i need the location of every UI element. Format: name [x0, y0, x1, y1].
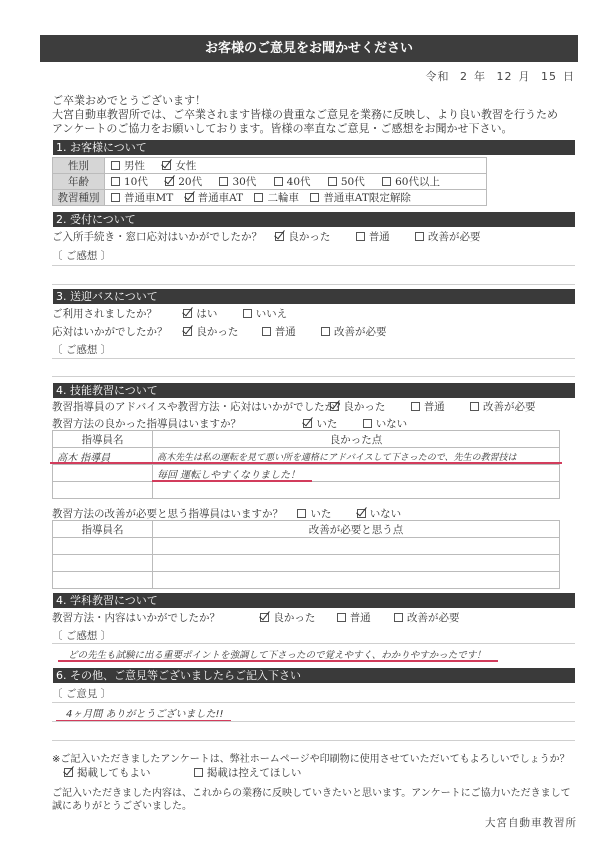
- intro-line: 大宮自動車教習所では、ご卒業されます皆様の貴重なご意見を業務に反映し、より良い教…: [52, 108, 582, 122]
- checkbox-checked-icon[interactable]: [357, 509, 366, 518]
- checkbox-yes[interactable]: いた: [297, 506, 331, 521]
- course-type-label: 教習種別: [53, 190, 105, 206]
- instructor-name-cell[interactable]: [53, 555, 153, 572]
- comment-line: [52, 643, 575, 644]
- checkbox-no[interactable]: いない: [363, 416, 408, 431]
- date-year-unit: 年: [474, 70, 486, 83]
- checkbox-allow-publish[interactable]: 掲載してもよい: [64, 767, 151, 780]
- checkbox-icon[interactable]: [111, 177, 120, 186]
- checkbox-icon[interactable]: [382, 177, 391, 186]
- red-underline: [58, 660, 498, 662]
- checkbox-needs-improvement[interactable]: 改善が必要: [415, 229, 481, 244]
- instructor-name-cell[interactable]: [53, 482, 153, 499]
- checkbox-motorcycle[interactable]: 二輪車: [254, 190, 299, 205]
- checkbox-checked-icon[interactable]: [64, 768, 73, 777]
- page-title: お客様のご意見をお聞かせください: [40, 35, 578, 62]
- date-day[interactable]: 15: [535, 70, 563, 83]
- checkbox-checked-icon[interactable]: [183, 309, 192, 318]
- good-instructor-row: 教習方法の良かった指導員はいますか？ いた いない: [52, 416, 421, 431]
- checkbox-good[interactable]: 良かった: [330, 399, 385, 414]
- checkbox-good[interactable]: 良かった: [183, 324, 238, 339]
- checkbox-female[interactable]: 女性: [162, 158, 196, 173]
- checkbox-at[interactable]: 普通車AT: [185, 190, 244, 205]
- checkbox-40s[interactable]: 40代: [274, 174, 311, 189]
- age-options: 10代 20代 30代 40代 50代 60代以上: [105, 174, 487, 190]
- checkbox-yes[interactable]: いた: [303, 416, 337, 431]
- bus-service-row: 応対はいかがでしたか？ 良かった 普通 改善が必要: [52, 324, 401, 339]
- checkbox-no[interactable]: いいえ: [243, 306, 288, 321]
- table-row: [53, 482, 560, 499]
- table-row: [53, 538, 560, 555]
- comment-line[interactable]: [52, 376, 575, 377]
- reception-question: ご入所手続き・窓口応対はいかがでしたか？: [52, 229, 272, 244]
- checkbox-needs-improvement[interactable]: 改善が必要: [321, 324, 387, 339]
- checkbox-icon[interactable]: [337, 613, 346, 622]
- checkbox-20s[interactable]: 20代: [165, 174, 202, 189]
- gender-options: 男性 女性: [105, 158, 487, 174]
- checkbox-good[interactable]: 良かった: [275, 229, 330, 244]
- bus-usage-question: ご利用されましたか？: [52, 306, 180, 321]
- checkbox-yes[interactable]: はい: [183, 306, 217, 321]
- checkbox-at-limit-removal[interactable]: 普通車AT限定解除: [310, 190, 411, 205]
- section-header-academic-lessons: 4. 学科教習について: [53, 593, 575, 608]
- instructor-advice-question: 教習指導員のアドバイスや教習方法・応対はいかがでしたか？: [52, 399, 327, 414]
- closing-line: 誠にありがとうございました。: [52, 800, 571, 813]
- good-instructor-table: 指導員名 良かった点 高木 指導員 高木先生は私の運転を見て悪い所を適格にアドバ…: [52, 430, 560, 499]
- checkbox-checked-icon[interactable]: [275, 232, 284, 241]
- checkbox-icon[interactable]: [111, 161, 120, 170]
- checkbox-icon[interactable]: [310, 193, 319, 202]
- checkbox-normal[interactable]: 普通: [262, 324, 296, 339]
- table-header-row: 指導員名 改善が必要と思う点: [53, 521, 560, 538]
- customer-profile-table: 性別 男性 女性 年齢 10代 20代 30代 40代 50代 60代以上 教習…: [52, 157, 487, 206]
- checkbox-icon[interactable]: [254, 193, 263, 202]
- closing-line: ご記入いただきました内容は、これからの業務に反映していきたいと思います。アンケー…: [52, 787, 571, 800]
- good-instructor-question: 教習方法の良かった指導員はいますか？: [52, 416, 300, 431]
- course-type-options: 普通車MT 普通車AT 二輪車 普通車AT限定解除: [105, 190, 487, 206]
- checkbox-needs-improvement[interactable]: 改善が必要: [470, 399, 536, 414]
- checkbox-icon[interactable]: [262, 327, 271, 336]
- age-label: 年齢: [53, 174, 105, 190]
- improve-instructor-question: 教習方法の改善が必要と思う指導員はいますか？: [52, 506, 294, 521]
- checkbox-normal[interactable]: 普通: [411, 399, 445, 414]
- checkbox-checked-icon[interactable]: [185, 193, 194, 202]
- checkbox-icon[interactable]: [194, 768, 203, 777]
- academic-question-row: 教習方法・内容はいかがでしたか？ 良かった 普通 改善が必要: [52, 610, 474, 625]
- instructor-name-cell[interactable]: [53, 538, 153, 555]
- academic-comment[interactable]: どの先生も試験に出る重要ポイントを強調して下さったので覚えやすく、わかりやすかっ…: [68, 647, 486, 661]
- checkbox-icon[interactable]: [274, 177, 283, 186]
- improvement-points-cell[interactable]: [153, 572, 560, 589]
- other-comment-label: 〔 ご意見 〕: [52, 686, 111, 701]
- intro-text: ご卒業おめでとうございます！ 大宮自動車教習所では、ご卒業されます皆様の貴重なご…: [52, 94, 582, 136]
- checkbox-checked-icon[interactable]: [165, 177, 174, 186]
- other-comment[interactable]: 4ヶ月間 ありがとうございました!!: [66, 705, 224, 720]
- reception-question-row: ご入所手続き・窓口応対はいかがでしたか？ 良かった 普通 改善が必要: [52, 229, 495, 244]
- date: 令和 2年 12月 15日: [426, 68, 576, 84]
- academic-question: 教習方法・内容はいかがでしたか？: [52, 610, 257, 625]
- organization-name: 大宮自動車教習所: [485, 815, 577, 830]
- table-row: 毎回 運転しやすくなりました！: [53, 465, 560, 482]
- bus-comment-label: 〔 ご感想 〕: [52, 342, 111, 357]
- table-row: 教習種別 普通車MT 普通車AT 二輪車 普通車AT限定解除: [53, 190, 487, 206]
- column-header-good-points: 良かった点: [153, 431, 560, 448]
- checkbox-30s[interactable]: 30代: [219, 174, 256, 189]
- checkbox-checked-icon[interactable]: [330, 402, 339, 411]
- instructor-advice-row: 教習指導員のアドバイスや教習方法・応対はいかがでしたか？ 良かった 普通 改善が…: [52, 399, 550, 414]
- improve-instructor-row: 教習方法の改善が必要と思う指導員はいますか？ いた いない: [52, 506, 415, 521]
- table-header-row: 指導員名 良かった点: [53, 431, 560, 448]
- academic-comment-label: 〔 ご感想 〕: [52, 628, 111, 643]
- column-header-improvement-points: 改善が必要と思う点: [153, 521, 560, 538]
- section-header-driving-lessons: 4. 技能教習について: [53, 383, 575, 398]
- checkbox-icon[interactable]: [219, 177, 228, 186]
- date-day-unit: 日: [563, 70, 575, 83]
- checkbox-icon[interactable]: [321, 327, 330, 336]
- reception-comment-label: 〔 ご感想 〕: [52, 248, 111, 263]
- comment-line: [52, 702, 575, 703]
- checkbox-icon[interactable]: [328, 177, 337, 186]
- table-row: [53, 555, 560, 572]
- comment-line[interactable]: [52, 740, 575, 741]
- checkbox-good[interactable]: 良かった: [260, 610, 315, 625]
- comment-line[interactable]: [52, 265, 575, 266]
- checkbox-male[interactable]: 男性: [111, 158, 145, 173]
- gender-label: 性別: [53, 158, 105, 174]
- improve-instructor-table: 指導員名 改善が必要と思う点: [52, 520, 560, 589]
- checkbox-checked-icon[interactable]: [183, 327, 192, 336]
- instructor-name-cell[interactable]: [53, 465, 153, 482]
- intro-line: アンケートのご協力をお願いしております。皆様の率直なご意見・ご感想をお聞かせ下さ…: [52, 122, 582, 136]
- comment-line[interactable]: [52, 358, 575, 359]
- date-year[interactable]: 2: [454, 70, 474, 83]
- checkbox-icon[interactable]: [297, 509, 306, 518]
- checkbox-50s[interactable]: 50代: [328, 174, 365, 189]
- checkbox-icon[interactable]: [243, 309, 252, 318]
- bus-service-question: 応対はいかがでしたか？: [52, 324, 180, 339]
- intro-line: ご卒業おめでとうございます！: [52, 94, 582, 108]
- date-month-unit: 月: [519, 70, 531, 83]
- red-underline: [152, 480, 312, 482]
- date-month[interactable]: 12: [491, 70, 519, 83]
- checkbox-checked-icon[interactable]: [303, 419, 312, 428]
- comment-line[interactable]: [52, 284, 575, 285]
- bus-usage-row: ご利用されましたか？ はい いいえ: [52, 306, 301, 321]
- consent-question: ※ご記入いただきましたアンケートは、弊社ホームページや印刷物に使用させていただい…: [52, 753, 570, 766]
- checkbox-no[interactable]: いない: [357, 506, 402, 521]
- section-header-reception: 2. 受付について: [53, 212, 575, 227]
- column-header-instructor: 指導員名: [53, 521, 153, 538]
- checkbox-icon[interactable]: [111, 193, 120, 202]
- section-header-shuttle-bus: 3. 送迎バスについて: [53, 289, 575, 304]
- checkbox-normal[interactable]: 普通: [356, 229, 390, 244]
- column-header-instructor: 指導員名: [53, 431, 153, 448]
- comment-line[interactable]: [52, 721, 575, 722]
- good-points-cell[interactable]: 毎回 運転しやすくなりました！: [153, 465, 560, 482]
- checkbox-icon[interactable]: [394, 613, 403, 622]
- checkbox-icon[interactable]: [470, 402, 479, 411]
- checkbox-icon[interactable]: [411, 402, 420, 411]
- checkbox-10s[interactable]: 10代: [111, 174, 148, 189]
- section-header-other-comments: 6. その他、ご意見等ございましたらご記入下さい: [53, 668, 575, 683]
- checkbox-checked-icon[interactable]: [260, 613, 269, 622]
- checkbox-needs-improvement[interactable]: 改善が必要: [394, 610, 460, 625]
- checkbox-normal[interactable]: 普通: [337, 610, 371, 625]
- closing-text: ご記入いただきました内容は、これからの業務に反映していきたいと思います。アンケー…: [52, 787, 571, 813]
- improvement-points-cell[interactable]: [153, 555, 560, 572]
- good-points-cell[interactable]: [153, 482, 560, 499]
- instructor-name-cell[interactable]: [53, 572, 153, 589]
- table-row: [53, 572, 560, 589]
- checkbox-60s-plus[interactable]: 60代以上: [382, 174, 440, 189]
- checkbox-checked-icon[interactable]: [162, 161, 171, 170]
- checkbox-mt[interactable]: 普通車MT: [111, 190, 173, 205]
- improvement-points-cell[interactable]: [153, 538, 560, 555]
- table-row: 性別 男性 女性: [53, 158, 487, 174]
- checkbox-icon[interactable]: [363, 419, 372, 428]
- red-underline: [50, 462, 562, 464]
- consent-options: 掲載してもよい 掲載は控えてほしい: [64, 767, 315, 780]
- table-row: 年齢 10代 20代 30代 40代 50代 60代以上: [53, 174, 487, 190]
- section-header-customer: 1. お客様について: [53, 140, 575, 155]
- date-era: 令和: [426, 70, 450, 83]
- checkbox-icon[interactable]: [415, 232, 424, 241]
- checkbox-decline-publish[interactable]: 掲載は控えてほしい: [194, 767, 302, 780]
- checkbox-icon[interactable]: [356, 232, 365, 241]
